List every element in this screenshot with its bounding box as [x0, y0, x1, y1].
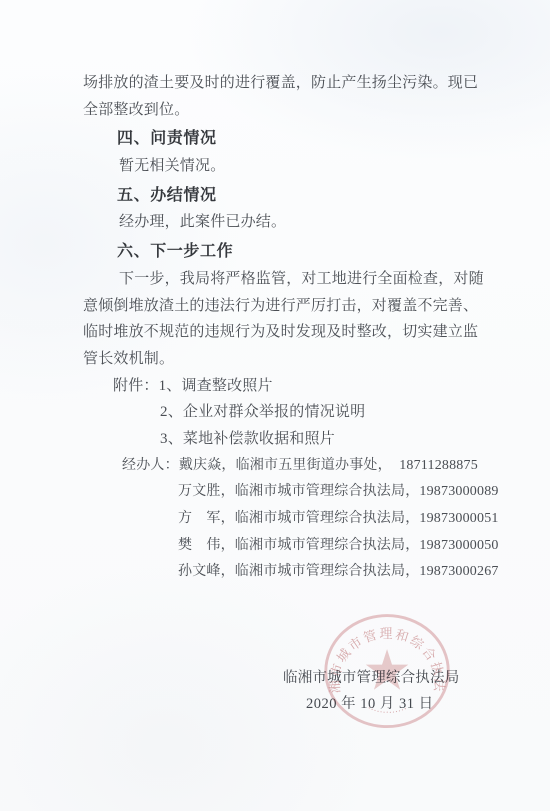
attachments-label: 附件：: [113, 378, 159, 394]
handler-entry: 樊 伟，临湘市城市管理综合执法局，19873000050: [178, 533, 483, 560]
handler-entry: 方 军，临湘市城市管理综合执法局，19873000051: [178, 506, 483, 533]
scanned-official-document: 场排放的渣土要及时的进行覆盖，防止产生扬尘污染。现已 全部整改到位。 四、问责情…: [0, 0, 550, 811]
handler-entry: 万文胜，临湘市城市管理综合执法局，19873000089: [178, 479, 483, 506]
body-line: 临时堆放不规范的违规行为及时发现及时整改，切实建立监: [83, 319, 483, 346]
section-heading-closure: 五、办结情况: [117, 183, 483, 210]
section-heading-next-steps: 六、下一步工作: [117, 239, 483, 266]
body-line: 全部整改到位。: [83, 97, 483, 124]
body-line: 下一步，我局将严格监管，对工地进行全面检查，对随: [119, 266, 483, 293]
attachment-item: 3、菜地补偿款收据和照片: [160, 426, 483, 453]
body-line: 暂无相关情况。: [119, 153, 483, 180]
body-line: 场排放的渣土要及时的进行覆盖，防止产生扬尘污染。现已: [83, 70, 483, 97]
attachments-line: 附件：1、调查整改照片: [113, 373, 483, 400]
attachment-item: 1、调查整改照片: [159, 378, 273, 394]
handlers-line: 经办人：戴庆焱，临湘市五里街道办事处， 18711288875: [122, 453, 483, 480]
signature-organization: 临湘市城市管理综合执法局: [283, 666, 459, 687]
handler-entry: 戴庆焱，临湘市五里街道办事处， 18711288875: [179, 458, 478, 473]
handler-entry: 孙文峰，临湘市城市管理综合执法局，19873000267: [178, 559, 483, 586]
attachment-item: 2、企业对群众举报的情况说明: [160, 399, 483, 426]
body-line: 经办理，此案件已办结。: [119, 209, 483, 236]
section-heading-accountability: 四、问责情况: [117, 126, 483, 153]
body-line: 管长效机制。: [83, 346, 483, 373]
document-body: 场排放的渣土要及时的进行覆盖，防止产生扬尘污染。现已 全部整改到位。 四、问责情…: [83, 70, 483, 586]
body-line: 意倾倒堆放渣土的违法行为进行严厉打击，对覆盖不完善、: [83, 293, 483, 320]
signature-date: 2020 年 10 月 31 日: [306, 692, 434, 713]
handlers-label: 经办人：: [122, 458, 179, 473]
